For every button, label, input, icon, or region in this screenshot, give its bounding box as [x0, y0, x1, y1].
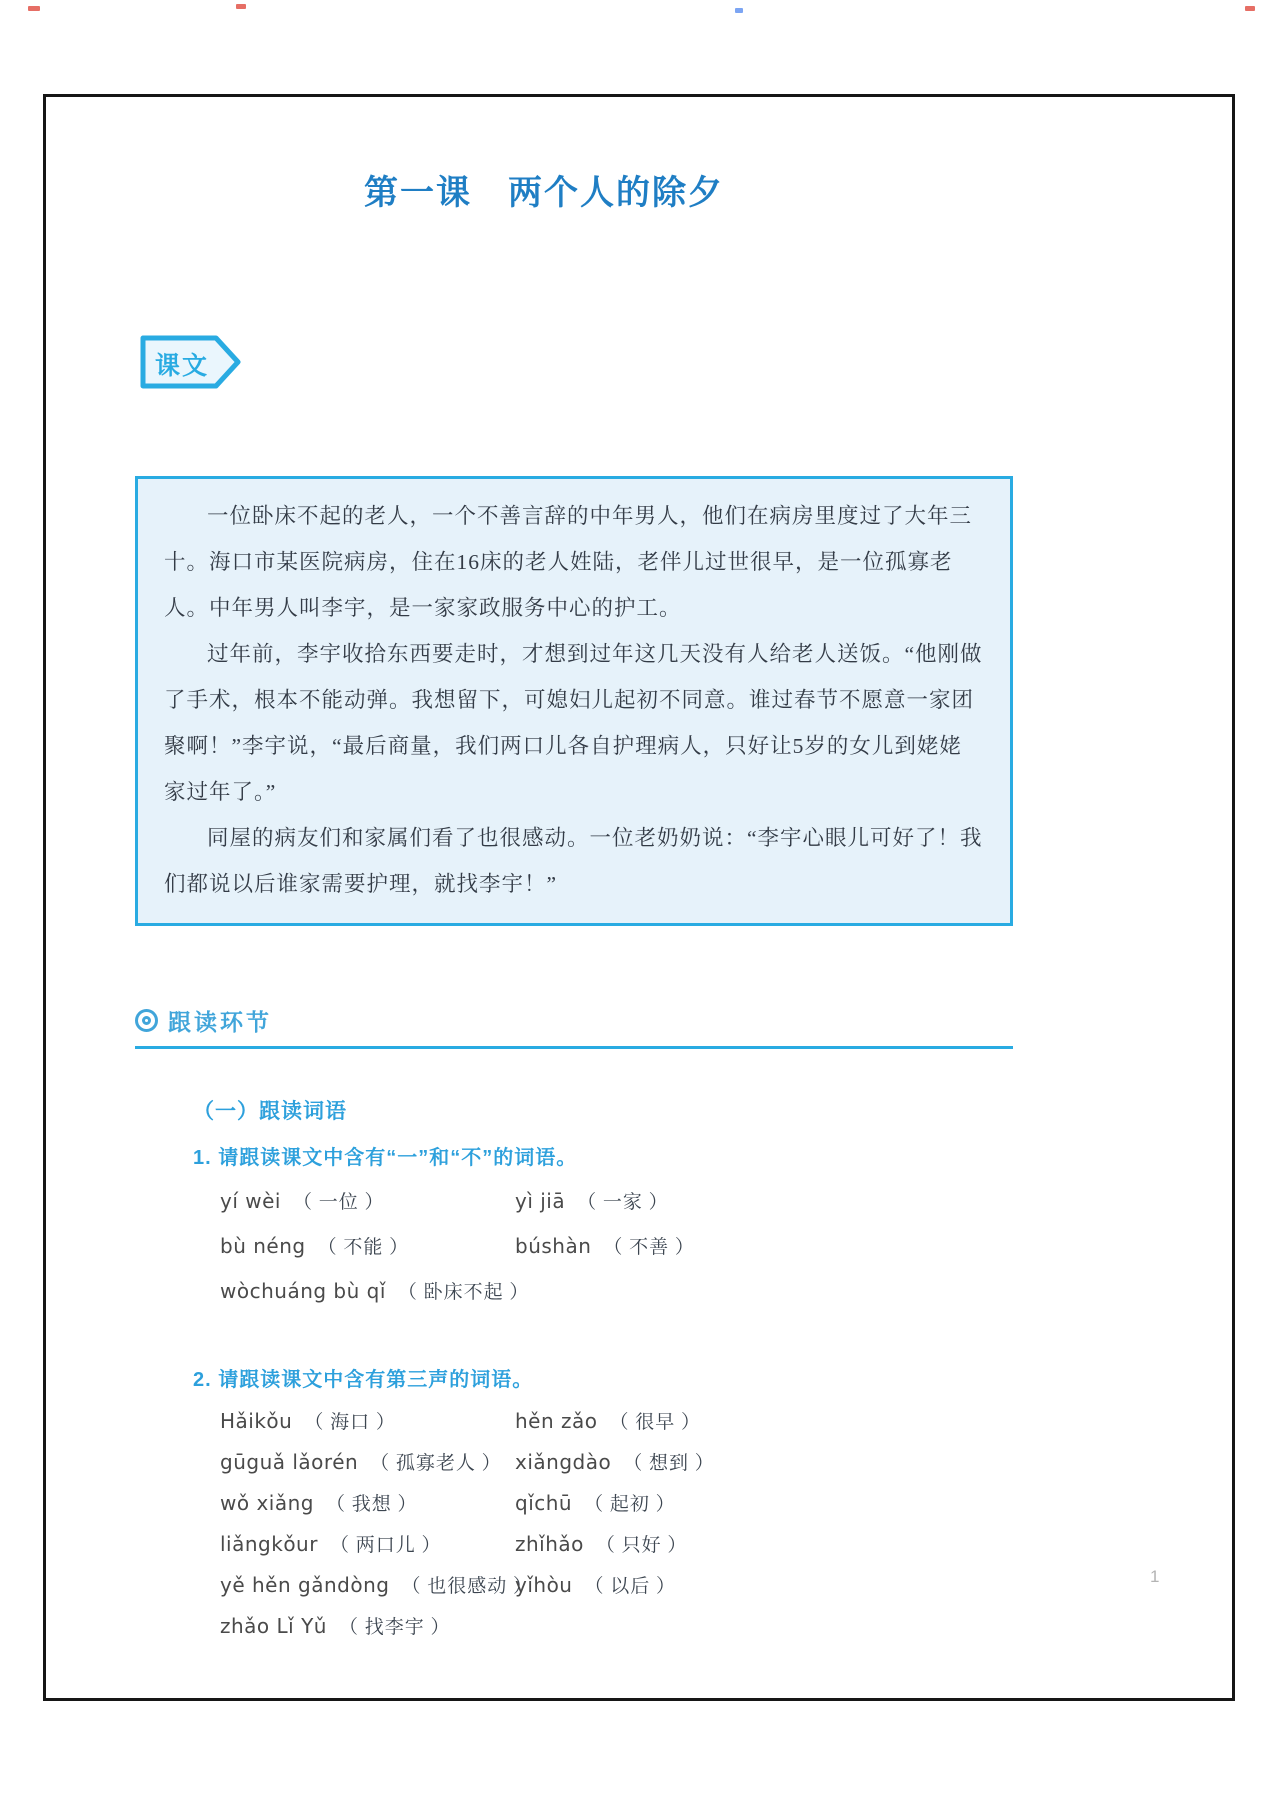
text-tab-badge: 课文	[137, 332, 245, 392]
print-mark	[236, 4, 246, 9]
section-title: 跟读环节	[168, 1004, 272, 1037]
word-item: zhǐhǎo（ 只好 ）	[515, 1525, 1013, 1566]
word-item: zhǎo Lǐ Yǔ（ 找李宇 ）	[220, 1607, 515, 1648]
exercise-2-label: 2. 请跟读课文中含有第三声的词语。	[193, 1363, 1013, 1392]
exercise-2-word-list: Hǎikǒu（ 海口 ） hěn zǎo（ 很早 ） gūguǎ lǎorén（…	[220, 1402, 1013, 1648]
word-item: qǐchū（ 起初 ）	[515, 1484, 1013, 1525]
passage-paragraph: 一位卧床不起的老人，一个不善言辞的中年男人，他们在病房里度过了大年三十。海口市某…	[164, 493, 984, 631]
lesson-title: 第一课 两个人的除夕	[135, 165, 953, 214]
print-mark	[735, 8, 743, 13]
word-item: liǎngkǒur（ 两口儿 ）	[220, 1525, 515, 1566]
word-item: hěn zǎo（ 很早 ）	[515, 1402, 1013, 1443]
section-header: 跟读环节	[135, 1004, 1013, 1037]
badge-label: 课文	[149, 346, 215, 382]
page-number: 1	[1150, 1567, 1159, 1587]
word-item: gūguǎ lǎorén（ 孤寡老人 ）	[220, 1443, 515, 1484]
word-item: búshàn（ 不善 ）	[515, 1225, 1013, 1270]
scanned-page: 第一课 两个人的除夕 课文 一位卧床不起的老人，一个不善言辞的中年男人，他们在病…	[0, 0, 1280, 1813]
section-divider	[135, 1046, 1013, 1049]
word-item: wòchuáng bù qǐ（ 卧床不起 ）	[220, 1270, 515, 1315]
word-item: bù néng（ 不能 ）	[220, 1225, 515, 1270]
word-item: wǒ xiǎng（ 我想 ）	[220, 1484, 515, 1525]
word-item: yì jiā（ 一家 ）	[515, 1180, 1013, 1225]
word-item: yí wèi（ 一位 ）	[220, 1180, 515, 1225]
page-frame: 第一课 两个人的除夕 课文 一位卧床不起的老人，一个不善言辞的中年男人，他们在病…	[43, 94, 1235, 1701]
exercise-1-word-list: yí wèi（ 一位 ） yì jiā（ 一家 ） bù néng（ 不能 ） …	[220, 1180, 1013, 1315]
word-item: yě hěn gǎndòng（ 也很感动 ）	[220, 1566, 515, 1607]
subsection-title: （一）跟读词语	[193, 1095, 1013, 1125]
double-circle-icon	[135, 1009, 158, 1032]
page-content: 第一课 两个人的除夕 课文 一位卧床不起的老人，一个不善言辞的中年男人，他们在病…	[135, 97, 1013, 1648]
print-mark	[28, 6, 40, 11]
passage-paragraph: 过年前，李宇收拾东西要走时，才想到过年这几天没有人给老人送饭。“他刚做了手术，根…	[164, 631, 984, 815]
print-mark	[1245, 6, 1255, 11]
passage-box: 一位卧床不起的老人，一个不善言辞的中年男人，他们在病房里度过了大年三十。海口市某…	[135, 476, 1013, 926]
word-item: xiǎngdào（ 想到 ）	[515, 1443, 1013, 1484]
exercise-1-label: 1. 请跟读课文中含有“一”和“不”的词语。	[193, 1141, 1013, 1170]
passage-paragraph: 同屋的病友们和家属们看了也很感动。一位老奶奶说：“李宇心眼儿可好了！我们都说以后…	[164, 815, 984, 907]
word-item: yǐhòu（ 以后 ）	[515, 1566, 1013, 1607]
word-item: Hǎikǒu（ 海口 ）	[220, 1402, 515, 1443]
